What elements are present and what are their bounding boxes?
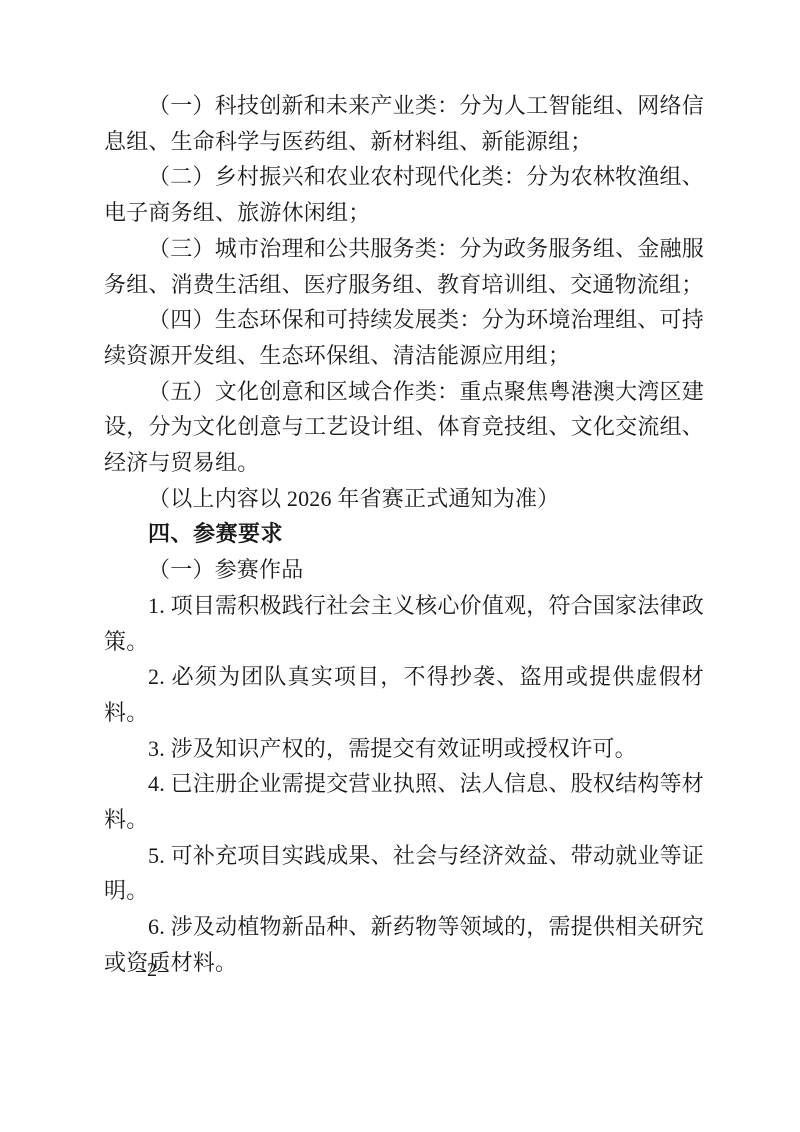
- section-heading-4: 四、参赛要求: [104, 516, 704, 552]
- page-number: –2–: [136, 958, 169, 982]
- document-body: （一）科技创新和未来产业类：分为人工智能组、网络信息组、生命科学与医药组、新材料…: [104, 88, 704, 981]
- paragraph-category-3: （三）城市治理和公共服务类：分为政务服务组、金融服务组、消费生活组、医疗服务组、…: [104, 231, 704, 302]
- requirement-item-1: 1. 项目需积极践行社会主义核心价值观，符合国家法律政策。: [104, 588, 704, 659]
- requirement-item-2: 2. 必须为团队真实项目，不得抄袭、盗用或提供虚假材料。: [104, 659, 704, 730]
- paragraph-category-2: （二）乡村振兴和农业农村现代化类：分为农林牧渔组、电子商务组、旅游休闲组；: [104, 159, 704, 230]
- requirement-item-6: 6. 涉及动植物新品种、新药物等领域的，需提供相关研究或资质材料。: [104, 909, 704, 980]
- paragraph-disclaimer-note: （以上内容以 2026 年省赛正式通知为准）: [104, 481, 704, 517]
- paragraph-category-1: （一）科技创新和未来产业类：分为人工智能组、网络信息组、生命科学与医药组、新材料…: [104, 88, 704, 159]
- subsection-heading-1: （一）参赛作品: [104, 552, 704, 588]
- requirement-item-4: 4. 已注册企业需提交营业执照、法人信息、股权结构等材料。: [104, 766, 704, 837]
- requirement-item-3: 3. 涉及知识产权的，需提交有效证明或授权许可。: [104, 731, 704, 767]
- requirement-item-5: 5. 可补充项目实践成果、社会与经济效益、带动就业等证明。: [104, 838, 704, 909]
- paragraph-category-4: （四）生态环保和可持续发展类：分为环境治理组、可持续资源开发组、生态环保组、清洁…: [104, 302, 704, 373]
- document-page: （一）科技创新和未来产业类：分为人工智能组、网络信息组、生命科学与医药组、新材料…: [0, 0, 800, 1132]
- paragraph-category-5: （五）文化创意和区域合作类：重点聚焦粤港澳大湾区建设，分为文化创意与工艺设计组、…: [104, 374, 704, 481]
